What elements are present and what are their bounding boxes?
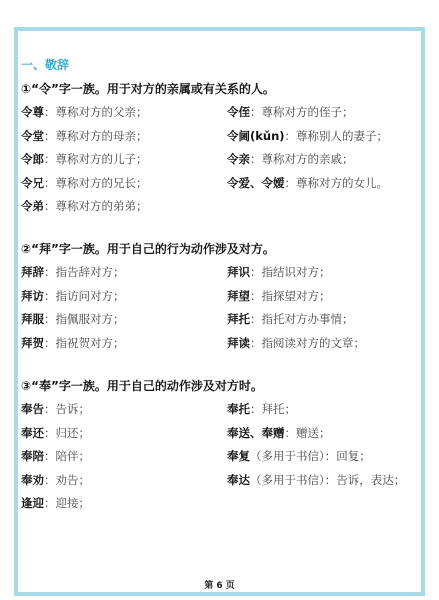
term-label: 奉陪: [21, 449, 44, 463]
group-title: ①“令”字一族。用于对方的亲属或有关系的人。: [21, 80, 275, 97]
term-label: 拜识: [227, 265, 250, 279]
term-label: 拜读: [227, 336, 250, 350]
definition-text: ：指探望对方；: [250, 289, 331, 303]
entry-item: 拜贺：指祝贺对方；: [21, 335, 125, 351]
page-number: 第 6 页: [0, 578, 439, 591]
entry-item: 拜访：指访问对方；: [21, 288, 125, 304]
term-label: 奉达: [227, 473, 250, 487]
entry-item: 拜识：指结识对方；: [227, 264, 331, 280]
definition-text: ：拜托；: [250, 402, 296, 416]
entry-item: 逢迎：迎接；: [21, 495, 90, 511]
term-label: 令尊: [21, 105, 44, 119]
term-label: 令弟: [21, 199, 44, 213]
term-label: 拜贺: [21, 336, 44, 350]
term-label: 拜辞: [21, 265, 44, 279]
entry-item: 拜望：指探望对方；: [227, 288, 331, 304]
entry-item: 拜托：指托对方办事情；: [227, 311, 354, 327]
entry-item: 令弟：尊称对方的弟弟；: [21, 198, 148, 214]
definition-text: ：回复；: [325, 449, 371, 463]
definition-text: ：尊称对方的弟弟；: [44, 199, 148, 213]
usage-note: （多用于书信）: [250, 449, 325, 463]
term-label: 逢迎: [21, 496, 44, 510]
term-label: 拜服: [21, 312, 44, 326]
term-label: 奉告: [21, 402, 44, 416]
term-label: 令兄: [21, 176, 44, 190]
definition-text: ：尊称对方的兄长；: [44, 176, 148, 190]
term-label: 令侄: [227, 105, 250, 119]
definition-text: ：尊称对方的儿子；: [44, 152, 148, 166]
definition-text: ：劝告；: [44, 473, 90, 487]
entry-item: 奉复（多用于书信）：回复；: [227, 448, 371, 464]
term-label: 令堂: [21, 129, 44, 143]
term-label: 令爱、令嫒: [227, 176, 285, 190]
entry-item: 拜服：指佩服对方；: [21, 311, 125, 327]
definition-text: ：归还；: [44, 426, 90, 440]
term-label: 拜望: [227, 289, 250, 303]
usage-note: （多用于书信）: [250, 473, 325, 487]
definition-text: ：尊称对方的母亲；: [44, 129, 148, 143]
definition-text: ：告诉，表达；: [325, 473, 406, 487]
definition-text: ：指告辞对方；: [44, 265, 125, 279]
definition-text: ：尊称对方的女儿。: [285, 176, 389, 190]
definition-text: ：赠送；: [285, 426, 331, 440]
entry-item: 令堂：尊称对方的母亲；: [21, 128, 148, 144]
definition-text: ：指托对方办事情；: [250, 312, 354, 326]
entry-item: 奉还：归还；: [21, 425, 90, 441]
entry-item: 令爱、令嫒：尊称对方的女儿。: [227, 175, 388, 191]
entry-item: 奉告：告诉；: [21, 401, 90, 417]
term-label: 拜托: [227, 312, 250, 326]
entry-item: 令郎：尊称对方的儿子；: [21, 151, 148, 167]
group-title: ②“拜”字一族。用于自己的行为动作涉及对方。: [21, 240, 275, 257]
entry-item: 奉劝：劝告；: [21, 472, 90, 488]
entry-item: 奉送、奉赠：赠送；: [227, 425, 331, 441]
section-title: 一、敬辞: [21, 56, 69, 73]
definition-text: ：指阅读对方的文章；: [250, 336, 365, 350]
entry-item: 奉托：拜托；: [227, 401, 296, 417]
definition-text: ：告诉；: [44, 402, 90, 416]
definition-text: ：迎接；: [44, 496, 90, 510]
definition-text: ：指佩服对方；: [44, 312, 125, 326]
definition-text: ：指访问对方；: [44, 289, 125, 303]
definition-text: ：指祝贺对方；: [44, 336, 125, 350]
definition-text: ：尊称别人的妻子；: [285, 129, 389, 143]
group-title: ③“奉”字一族。用于自己的动作涉及对方时。: [21, 377, 263, 394]
definition-text: ：尊称对方的亲戚；: [250, 152, 354, 166]
entry-item: 令尊：尊称对方的父亲；: [21, 104, 148, 120]
term-label: 奉还: [21, 426, 44, 440]
definition-text: ：陪伴；: [44, 449, 90, 463]
entry-item: 令侄：尊称对方的侄子；: [227, 104, 354, 120]
term-label: 奉复: [227, 449, 250, 463]
entry-item: 奉达（多用于书信）：告诉，表达；: [227, 472, 405, 488]
entry-item: 令亲：尊称对方的亲戚；: [227, 151, 354, 167]
term-label: 奉劝: [21, 473, 44, 487]
term-label: 令阃(kǔn): [227, 129, 285, 143]
term-label: 令亲: [227, 152, 250, 166]
definition-text: ：指结识对方；: [250, 265, 331, 279]
term-label: 令郎: [21, 152, 44, 166]
term-label: 奉托: [227, 402, 250, 416]
term-label: 奉送、奉赠: [227, 426, 285, 440]
definition-text: ：尊称对方的父亲；: [44, 105, 148, 119]
term-label: 拜访: [21, 289, 44, 303]
entry-item: 令阃(kǔn)：尊称别人的妻子；: [227, 128, 388, 144]
definition-text: ：尊称对方的侄子；: [250, 105, 354, 119]
entry-item: 令兄：尊称对方的兄长；: [21, 175, 148, 191]
entry-item: 拜读：指阅读对方的文章；: [227, 335, 365, 351]
entry-item: 奉陪：陪伴；: [21, 448, 90, 464]
entry-item: 拜辞：指告辞对方；: [21, 264, 125, 280]
